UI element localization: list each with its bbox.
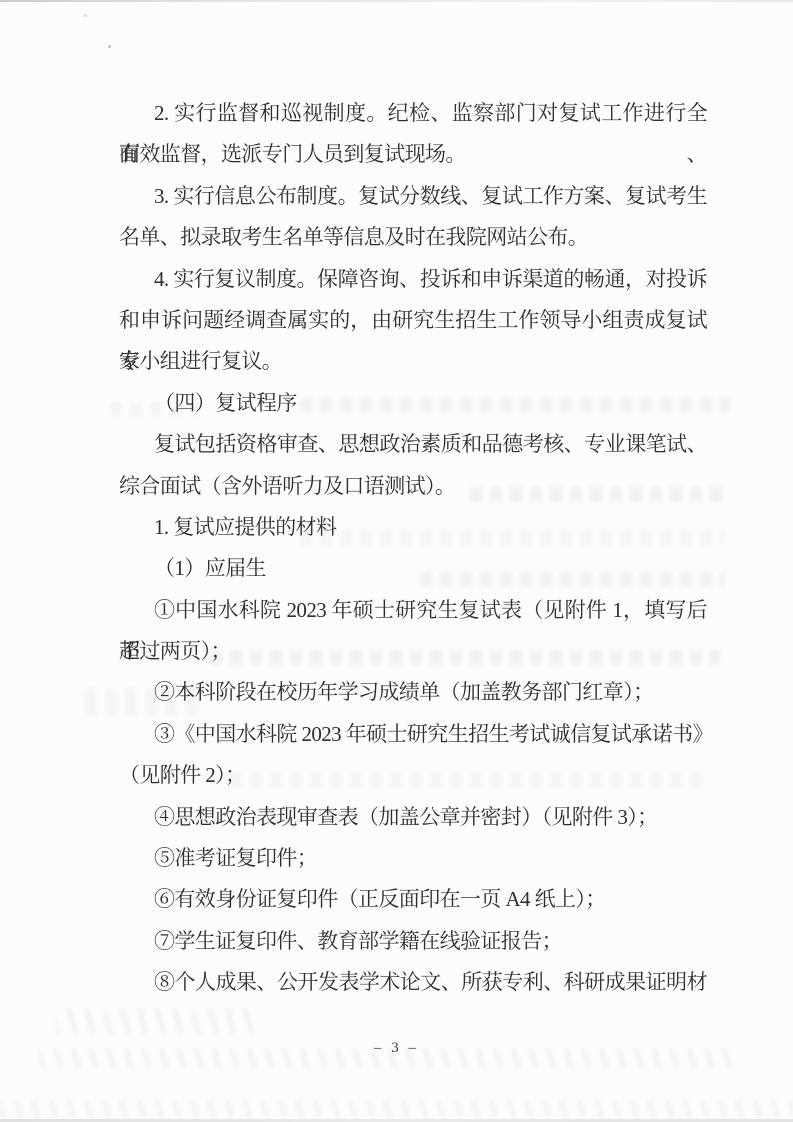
page-number: – 3 – [0, 1040, 793, 1057]
document-line: ⑧个人成果、公开发表学术论文、所获专利、科研成果证明材 [119, 962, 707, 1003]
document-line: 名单、拟录取考生名单等信息及时在我院网站公布。 [119, 217, 707, 258]
document-section-heading: （四）复试程序 [119, 383, 707, 424]
document-line: 综合面试（含外语听力及口语测试）。 [119, 466, 707, 507]
document-line: 3. 实行信息公布制度。复试分数线、复试工作方案、复试考生 [119, 176, 707, 217]
document-body: 2. 实行监督和巡视制度。纪检、监察部门对复试工作进行全面、 有效监督，选派专门… [119, 93, 707, 1004]
document-line: ①中国水科院 2023 年硕士研究生复试表（见附件 1，填写后不 [119, 590, 707, 631]
document-line: 超过两页）； [119, 631, 707, 672]
document-line: （见附件 2）； [119, 755, 707, 796]
scan-speck [108, 45, 111, 48]
document-line: ⑤准考证复印件； [119, 838, 707, 879]
document-line: 家小组进行复议。 [119, 341, 707, 382]
document-line: 2. 实行监督和巡视制度。纪检、监察部门对复试工作进行全面、 [119, 93, 707, 134]
document-line: （1）应届生 [119, 548, 707, 589]
scan-speckle-band [0, 1100, 793, 1118]
scan-edge-top [0, 0, 793, 2]
document-line: 和申诉问题经调查属实的，由研究生招生工作领导小组责成复试专 [119, 300, 707, 341]
document-line: 复试包括资格审查、思想政治素质和品德考核、专业课笔试、 [119, 424, 707, 465]
document-line: ③《中国水科院 2023 年硕士研究生招生考试诚信复试承诺书》 [119, 714, 707, 755]
document-line: ②本科阶段在校历年学习成绩单（加盖教务部门红章）； [119, 672, 707, 713]
scan-speck [84, 14, 87, 17]
document-line: 4. 实行复议制度。保障咨询、投诉和申诉渠道的畅通，对投诉 [119, 259, 707, 300]
document-line: ④思想政治表现审查表（加盖公章并密封）（见附件 3）； [119, 797, 707, 838]
scanned-page: 2. 实行监督和巡视制度。纪检、监察部门对复试工作进行全面、 有效监督，选派专门… [0, 0, 793, 1122]
scan-speckle-band [55, 1008, 255, 1034]
document-line: ⑦学生证复印件、教育部学籍在线验证报告； [119, 921, 707, 962]
document-line: ⑥有效身份证复印件（正反面印在一页 A4 纸上）； [119, 879, 707, 920]
document-line: 1. 复试应提供的材料 [119, 507, 707, 548]
